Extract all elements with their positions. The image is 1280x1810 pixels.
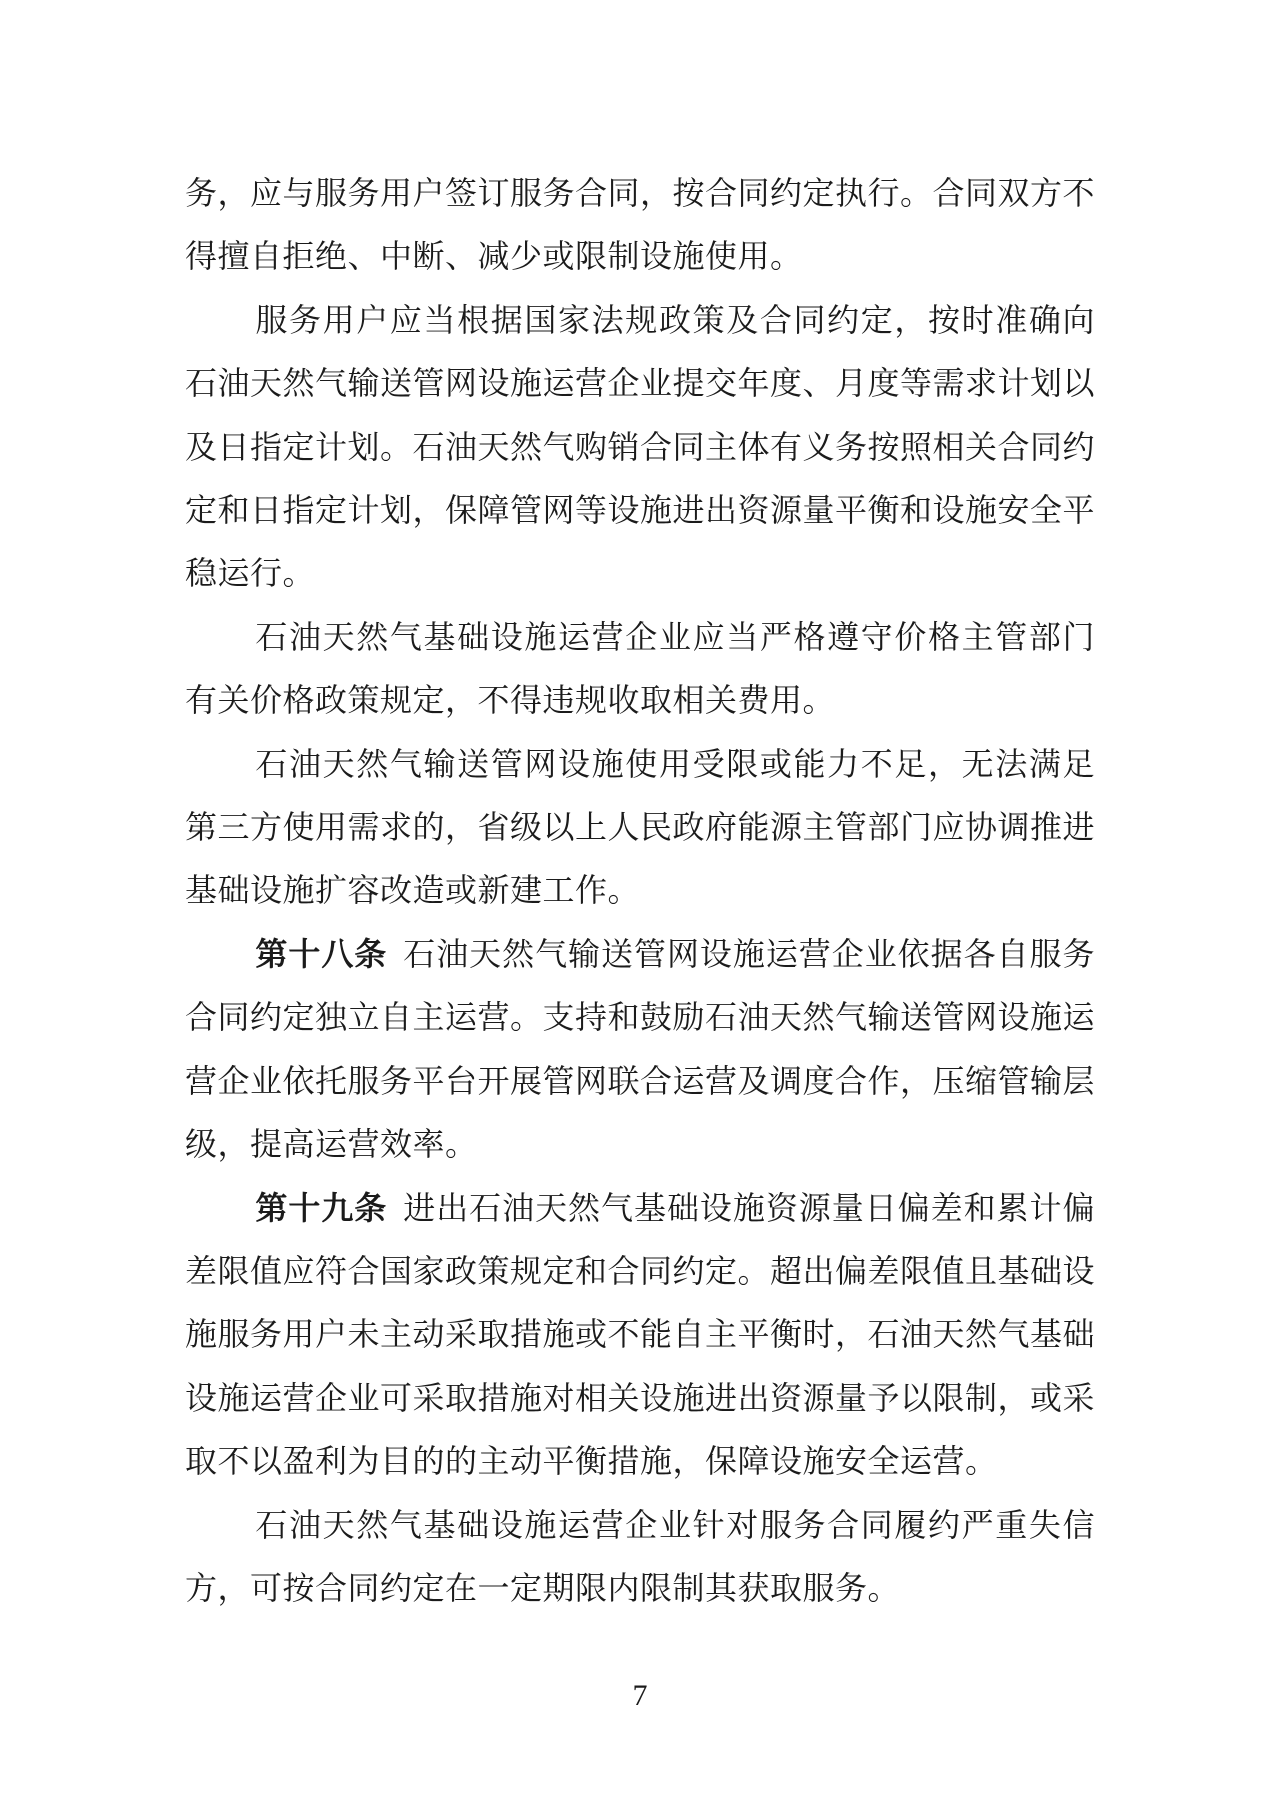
paragraph: 石油天然气基础设施运营企业针对服务合同履约严重失信方，可按合同约定在一定期限内限… — [185, 1494, 1095, 1621]
document-page: 务，应与服务用户签订服务合同，按合同约定执行。合同双方不得擅自拒绝、中断、减少或… — [0, 0, 1280, 1810]
document-body: 务，应与服务用户签订服务合同，按合同约定执行。合同双方不得擅自拒绝、中断、减少或… — [185, 162, 1095, 1620]
page-number: 7 — [633, 1679, 648, 1712]
paragraph-text: 务，应与服务用户签订服务合同，按合同约定执行。合同双方不得擅自拒绝、中断、减少或… — [185, 175, 1095, 274]
paragraph-text: 石油天然气输送管网设施使用受限或能力不足，无法满足第三方使用需求的，省级以上人民… — [185, 746, 1095, 909]
paragraph: 石油天然气基础设施运营企业应当严格遵守价格主管部门有关价格政策规定，不得违规收取… — [185, 606, 1095, 733]
article-number-label: 第十八条 — [255, 936, 387, 972]
paragraph-article-18: 第十八条石油天然气输送管网设施运营企业依据各自服务合同约定独立自主运营。支持和鼓… — [185, 923, 1095, 1177]
paragraph-text: 进出石油天然气基础设施资源量日偏差和累计偏差限值应符合国家政策规定和合同约定。超… — [185, 1190, 1095, 1480]
paragraph: 石油天然气输送管网设施使用受限或能力不足，无法满足第三方使用需求的，省级以上人民… — [185, 733, 1095, 923]
page-footer: 7 — [0, 1672, 1280, 1720]
paragraph-text: 石油天然气基础设施运营企业应当严格遵守价格主管部门有关价格政策规定，不得违规收取… — [185, 619, 1095, 718]
paragraph-continuation: 务，应与服务用户签订服务合同，按合同约定执行。合同双方不得擅自拒绝、中断、减少或… — [185, 162, 1095, 289]
paragraph-text: 服务用户应当根据国家法规政策及合同约定，按时准确向石油天然气输送管网设施运营企业… — [185, 302, 1095, 592]
paragraph-article-19: 第十九条进出石油天然气基础设施资源量日偏差和累计偏差限值应符合国家政策规定和合同… — [185, 1177, 1095, 1494]
article-number-label: 第十九条 — [255, 1190, 387, 1226]
paragraph: 服务用户应当根据国家法规政策及合同约定，按时准确向石油天然气输送管网设施运营企业… — [185, 289, 1095, 606]
paragraph-text: 石油天然气基础设施运营企业针对服务合同履约严重失信方，可按合同约定在一定期限内限… — [185, 1507, 1095, 1606]
